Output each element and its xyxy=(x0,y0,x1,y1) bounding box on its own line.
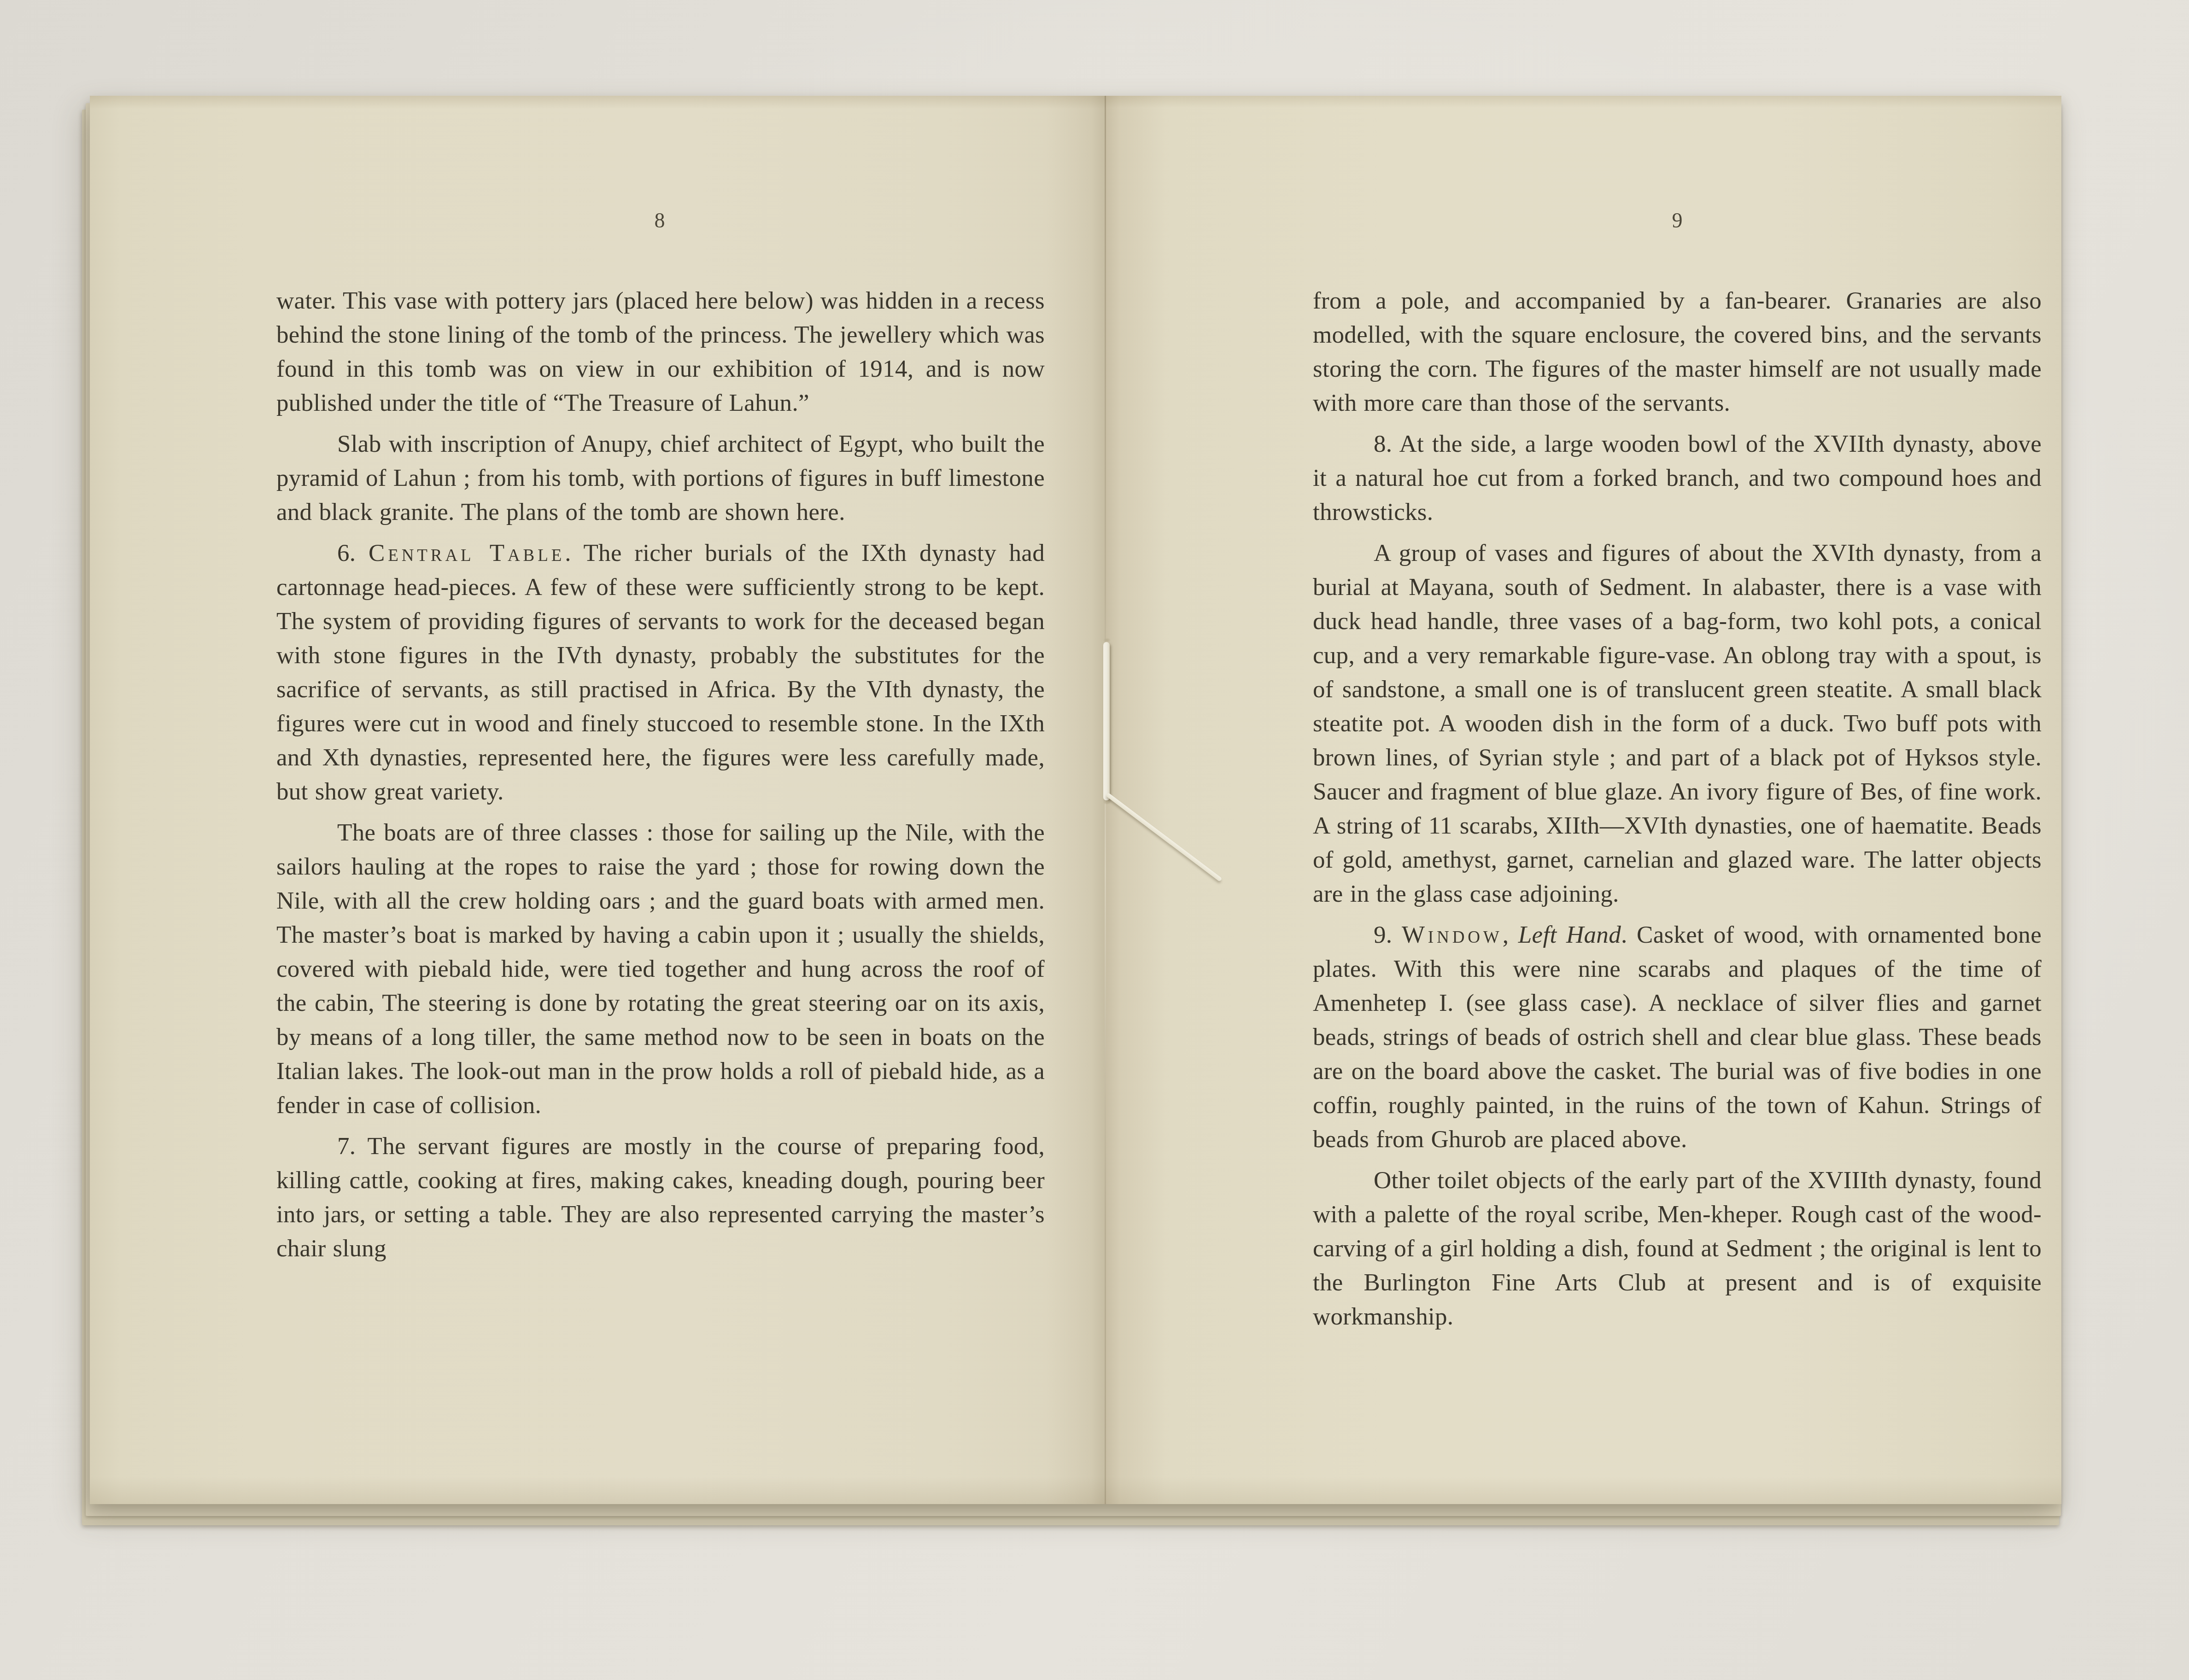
photo-backdrop: 8 water. This vase with pottery jars (pl… xyxy=(0,0,2189,1680)
page-text-left: water. This vase with pottery jars (plac… xyxy=(276,284,1045,1266)
page-number: 9 xyxy=(1672,210,1684,231)
paragraph: Other toilet objects of the early part o… xyxy=(1313,1163,2042,1334)
booklet-spread: 8 water. This vase with pottery jars (pl… xyxy=(90,96,2061,1504)
smallcaps-label: Window xyxy=(1402,922,1503,948)
paragraph: from a pole, and accompanied by a fan-be… xyxy=(1313,284,2042,420)
page-right: 9 from a pole, and accompanied by a fan-… xyxy=(1106,96,2061,1504)
paragraph: 8. At the side, a large wooden bowl of t… xyxy=(1313,427,2042,529)
page-text-right: from a pole, and accompanied by a fan-be… xyxy=(1313,284,2042,1334)
binding-thread xyxy=(1103,642,1110,800)
paragraph: Slab with inscription of Anupy, chief ar… xyxy=(276,427,1045,529)
paragraph: The boats are of three classes : those f… xyxy=(276,816,1045,1122)
paragraph: 9. Window, Left Hand. Casket of wood, wi… xyxy=(1313,918,2042,1156)
paragraph: 7. The servant figures are mostly in the… xyxy=(276,1129,1045,1266)
page-left: 8 water. This vase with pottery jars (pl… xyxy=(90,96,1106,1504)
paragraph: water. This vase with pottery jars (plac… xyxy=(276,284,1045,420)
page-number: 8 xyxy=(655,210,666,231)
italic-label: Left Hand xyxy=(1518,922,1621,948)
smallcaps-label: Central Table xyxy=(369,540,565,566)
paragraph: A group of vases and figures of about th… xyxy=(1313,536,2042,911)
paragraph: 6. Central Table. The richer burials of … xyxy=(276,536,1045,809)
